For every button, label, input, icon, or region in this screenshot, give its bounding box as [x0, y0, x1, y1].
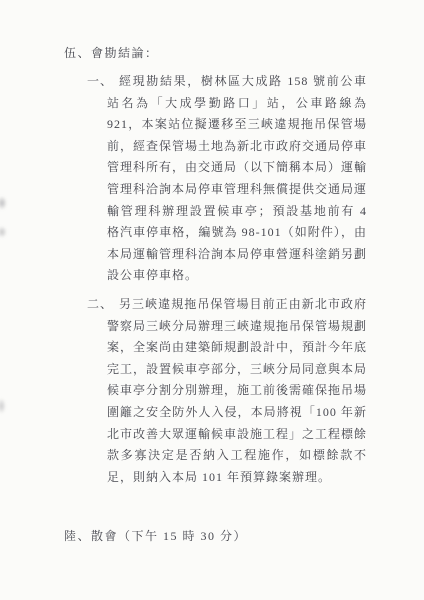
section-heading: 伍、會勘結論：	[64, 44, 159, 61]
list-item: 一、 經現勘結果，樹林區大成路 158 號前公車站名為「大成學勤路口」站，公車路…	[107, 71, 367, 287]
scan-artifact	[0, 196, 7, 210]
scan-artifact	[0, 398, 6, 414]
closing-line: 陸、散會（下午 15 時 30 分）	[64, 527, 247, 544]
list-item: 二、 另三峽違規拖吊保管場目前正由新北市政府警察局三峽分局辦理三峽違規拖吊保管場…	[107, 294, 367, 488]
list-item-marker: 二、	[87, 294, 113, 316]
document-page: 伍、會勘結論： 一、 經現勘結果，樹林區大成路 158 號前公車站名為「大成學勤…	[0, 0, 424, 600]
scan-artifact	[0, 226, 7, 238]
list-item-marker: 一、	[87, 71, 113, 93]
list-item-text: 經現勘結果，樹林區大成路 158 號前公車站名為「大成學勤路口」站，公車路線為 …	[107, 71, 367, 287]
list-item-text: 另三峽違規拖吊保管場目前正由新北市政府警察局三峽分局辦理三峽違規拖吊保管場規劃案…	[107, 294, 367, 488]
